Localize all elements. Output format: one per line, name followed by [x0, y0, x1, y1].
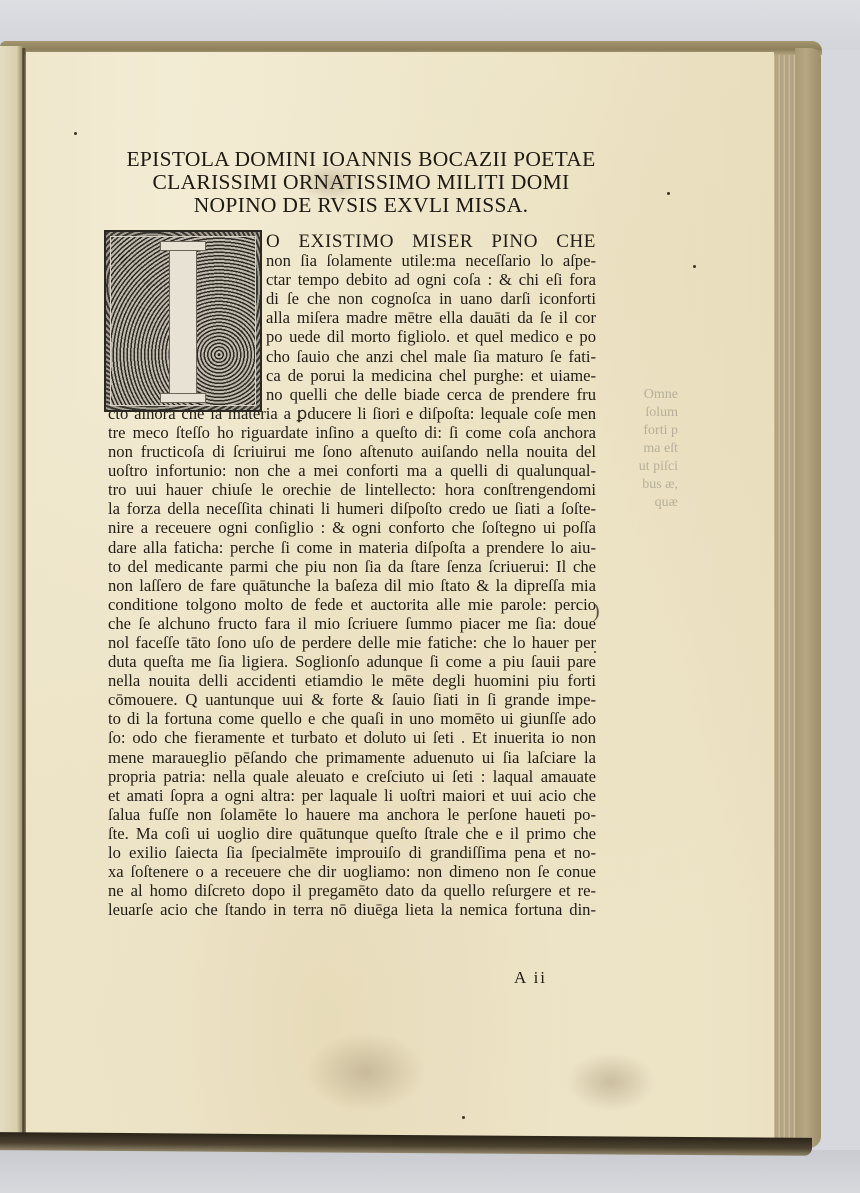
showthrough-line: Omne [618, 386, 678, 404]
title-line-3: NOPINO DE RVSIS EXVLI MISSA. [116, 194, 606, 217]
page-stack-edge [772, 55, 796, 1143]
body-line: uoſtro infortunio: non che a mei confort… [108, 461, 596, 480]
body-line: non fructicoſa di ſcriuirui me ſono aſte… [108, 442, 596, 461]
body-line: to del medicante parmi che piu non ſia d… [108, 557, 596, 576]
body-line: propria patria: nella quale aleuato e cr… [108, 767, 596, 786]
showthrough-line: bus æ, [618, 476, 678, 494]
facing-page-sliver [0, 46, 24, 1138]
decorated-initial-woodcut: I [104, 230, 262, 412]
title-line-1: EPISTOLA DOMINI IOANNIS BOCAZII POETAE [116, 148, 606, 171]
body-line: la forza della neceſſita chinati li hume… [108, 499, 596, 518]
body-line: cōmouere. Q uantunque uui & forte & ſaui… [108, 690, 596, 709]
spine-gutter [22, 48, 26, 1138]
body-line: mene maraueglio pēſando che primamente a… [108, 748, 596, 767]
body-line: conditione tolgono molto de fede et auct… [108, 595, 596, 614]
body-line: nella nouita delli accidenti etiamdio le… [108, 671, 596, 690]
epistle-title: EPISTOLA DOMINI IOANNIS BOCAZII POETAE C… [116, 148, 606, 217]
foxing-stain [306, 1032, 426, 1112]
body-line: che ſe alchuno fructo fara il mio ſcriue… [108, 614, 596, 633]
body-line: duta queſta me ſia ligiera. Soglionſo ad… [108, 652, 596, 671]
foxing-stain [566, 1052, 656, 1112]
body-line: et amati ſopra a ogni altra: per laquale… [108, 786, 596, 805]
showthrough-line: ſolum [618, 404, 678, 422]
body-line: nire a receuere ogni conſiglio : & ogni … [108, 518, 596, 537]
margin-bracket-mark: ( [593, 600, 600, 623]
title-line-2: CLARISSIMI ORNATISSIMO MILITI DOMI [116, 171, 606, 194]
ink-speck [74, 132, 77, 135]
signature-mark: A ii [514, 968, 547, 988]
body-line: ſte. Ma coſi ui uoglio dire quātunque qu… [108, 824, 596, 843]
showthrough-line: ma eſt [618, 440, 678, 458]
body-line: xa ſoſtenere o a receuere che dir uoglia… [108, 862, 596, 881]
ink-speck [462, 1116, 465, 1119]
body-line: ſalua fuſſe non ſolamēte lo hauere ma an… [108, 805, 596, 824]
ink-speck [667, 192, 670, 195]
initial-letter-i: I [169, 242, 197, 402]
showthrough-line: quæ [618, 494, 678, 512]
body-line: tro uui hauer chiuſe le orechie de linte… [108, 480, 596, 499]
body-line: leuarſe acio che ſtando in terra nō diuē… [108, 900, 596, 919]
body-line: ne al homo diſcreto dopo il pregamēto da… [108, 881, 596, 900]
body-line: tre meco ſteſſo ho riguardate inſino a q… [108, 423, 596, 442]
showthrough-line: forti p [618, 422, 678, 440]
scan-background-bottom [0, 1150, 860, 1193]
showthrough-marginal-note: Omne ſolum forti p ma eſt ut piſci bus æ… [618, 386, 678, 512]
body-line: ſo: odo che fieramente et turbato et dol… [108, 728, 596, 747]
body-line: nol faceſſe tāto ſono uſo de perdere del… [108, 633, 596, 652]
book-cover-edge [795, 48, 821, 1148]
showthrough-line: ut piſci [618, 458, 678, 476]
body-line: lo exilio ſaiecta ſia ſpecialmēte improu… [108, 843, 596, 862]
body-line: dare alla faticha: perche ſi come in mat… [108, 538, 596, 557]
body-line: non laſſero de fare quātunche la baſeza … [108, 576, 596, 595]
margin-dot-mark: · [592, 642, 598, 663]
ink-speck [693, 265, 696, 268]
body-line: to di la fortuna come quello e che quaſi… [108, 709, 596, 728]
